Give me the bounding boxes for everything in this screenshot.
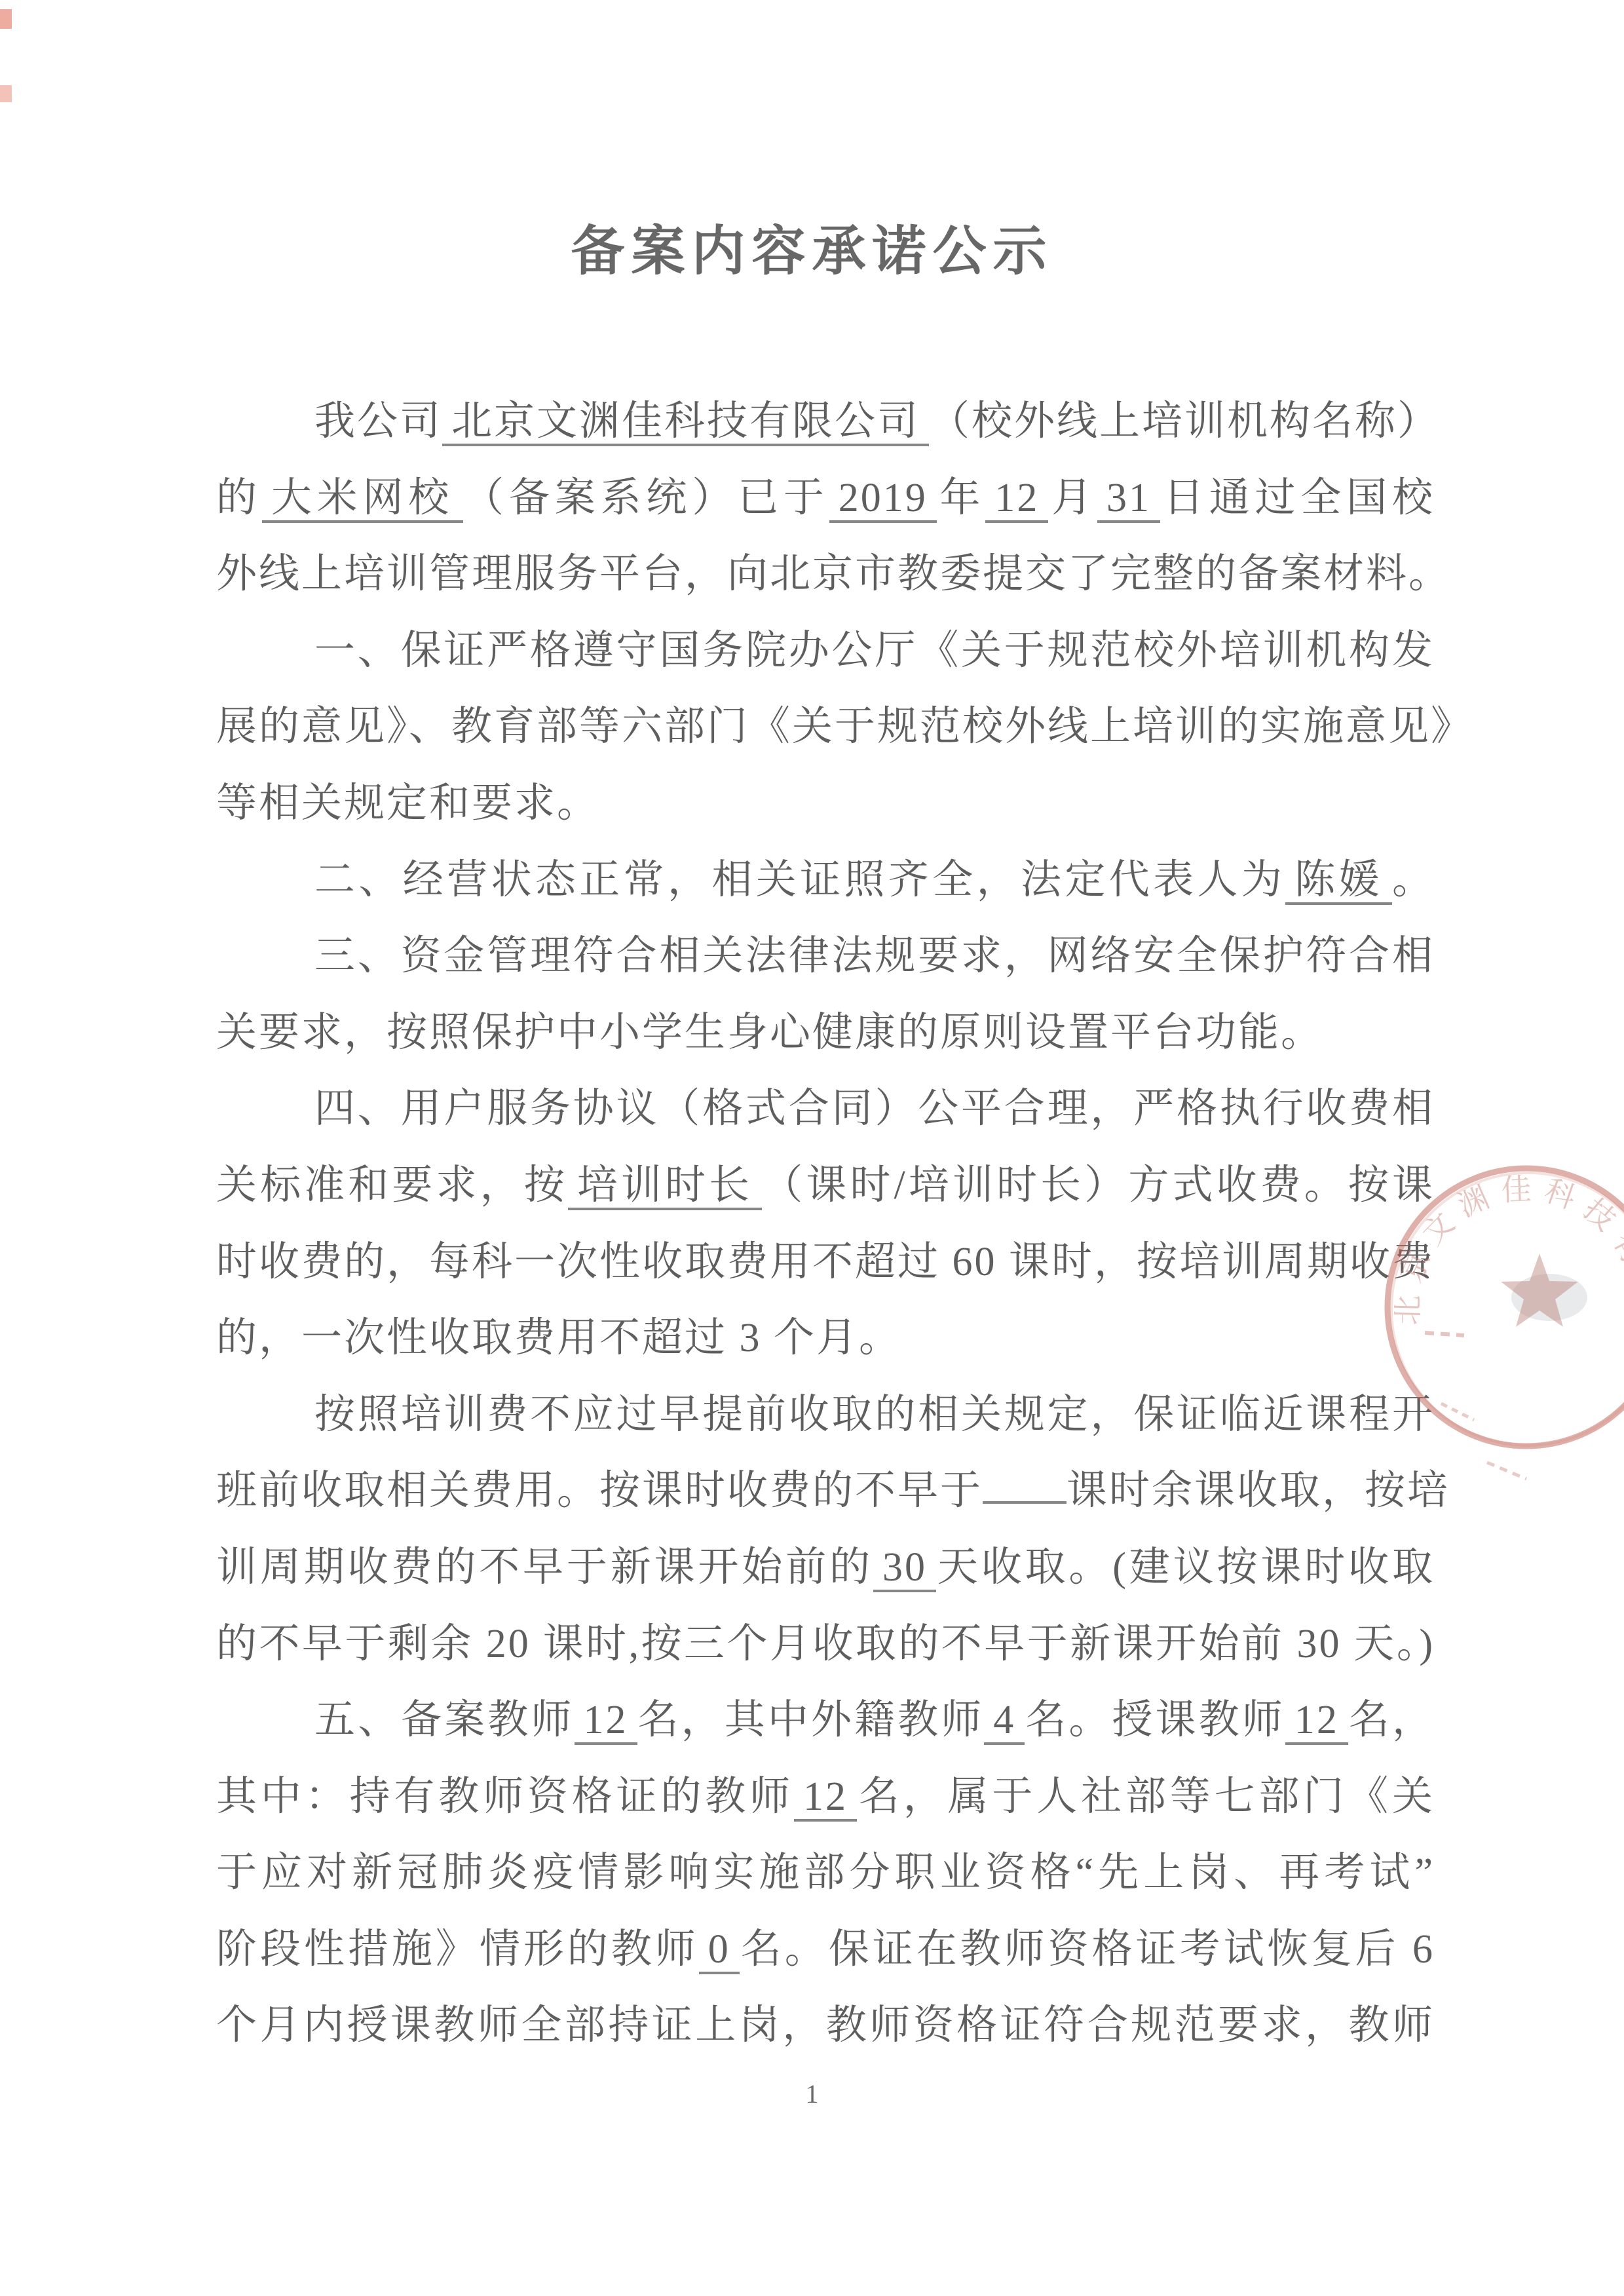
body-line: 等相关规定和要求。 xyxy=(216,765,1435,842)
text-segment: 的 xyxy=(216,476,262,520)
text-segment: 月 xyxy=(1048,476,1097,520)
text-segment: 于应对新冠肺炎疫情影响实施部分职业资格“先上岗、再考试” xyxy=(216,1850,1435,1895)
body-line: 五、备案教师12名，其中外籍教师4名。授课教师12名， xyxy=(216,1682,1435,1759)
filled-blank: 大米网校 xyxy=(262,476,463,523)
body-line: 外线上培训管理服务平台，向北京市教委提交了完整的备案材料。 xyxy=(216,536,1435,613)
body-line: 时收费的，每科一次性收取费用不超过 60 课时，按培训周期收费 xyxy=(216,1224,1435,1301)
seal-smudge xyxy=(1511,1274,1587,1321)
text-segment: 名。授课教师 xyxy=(1025,1698,1285,1742)
filled-blank: 0 xyxy=(699,1927,740,1974)
filled-blank: 北京文渊佳科技有限公司 xyxy=(442,399,929,446)
body-line: 展的意见》、教育部等六部门《关于规范校外线上培训的实施意见》 xyxy=(216,689,1435,765)
text-segment: 名，其中外籍教师 xyxy=(637,1698,985,1742)
body-line: 的不早于剩余 20 课时,按三个月收取的不早于新课开始前 30 天。) xyxy=(216,1606,1435,1683)
filled-blank: 31 xyxy=(1097,476,1160,523)
filled-blank: 陈媛 xyxy=(1285,858,1392,905)
filled-blank: 2019 xyxy=(829,476,937,523)
document-body: 我公司北京文渊佳科技有限公司（校外线上培训机构名称）的大米网校（备案系统）已于2… xyxy=(216,383,1435,2064)
filled-blank: 12 xyxy=(985,476,1048,523)
text-segment: 名， xyxy=(1348,1698,1435,1742)
body-line: 于应对新冠肺炎疫情影响实施部分职业资格“先上岗、再考试” xyxy=(216,1835,1435,1911)
text-segment: 个月内授课教师全部持证上岗，教师资格证符合规范要求，教师 xyxy=(216,2003,1435,2048)
document-page: 备案内容承诺公示 我公司北京文渊佳科技有限公司（校外线上培训机构名称）的大米网校… xyxy=(0,0,1624,2296)
text-segment: 五、备案教师 xyxy=(314,1698,575,1742)
text-segment: 一、保证严格遵守国务院办公厅《关于规范校外培训机构发 xyxy=(314,628,1435,673)
text-segment: 的不早于剩余 20 课时,按三个月收取的不早于新课开始前 30 天。) xyxy=(216,1622,1435,1666)
scan-artifact-mark xyxy=(0,9,12,29)
text-segment: 年 xyxy=(937,476,986,520)
text-segment: 训周期收费的不早于新课开始前的 xyxy=(216,1545,873,1590)
body-line: 我公司北京文渊佳科技有限公司（校外线上培训机构名称） xyxy=(216,383,1435,460)
seal-star-icon xyxy=(1501,1253,1578,1327)
filled-blank: 培训时长 xyxy=(568,1163,762,1210)
filled-blank: 4 xyxy=(984,1698,1025,1745)
text-segment: 天收取。(建议按课时收取 xyxy=(936,1545,1435,1590)
text-segment: 等相关规定和要求。 xyxy=(216,781,599,826)
body-line: 个月内授课教师全部持证上岗，教师资格证符合规范要求，教师 xyxy=(216,1987,1435,2064)
text-segment: 四、用户服务协议（格式合同）公平合理，严格执行收费相 xyxy=(314,1086,1435,1131)
body-line: 的，一次性收取费用不超过 3 个月。 xyxy=(216,1300,1435,1377)
filled-blank: 12 xyxy=(1285,1698,1348,1745)
text-segment: 名，属于人社部等七部门《关 xyxy=(857,1774,1435,1819)
text-segment: 。 xyxy=(1392,858,1435,902)
body-line: 按照培训费不应过早提前收取的相关规定，保证临近课程开 xyxy=(216,1377,1435,1453)
body-line: 班前收取相关费用。按课时收费的不早于课时余课收取，按培 xyxy=(216,1453,1435,1529)
text-segment: 其中：持有教师资格证的教师 xyxy=(216,1774,794,1819)
text-segment: 按照培训费不应过早提前收取的相关规定，保证临近课程开 xyxy=(314,1392,1435,1437)
body-line: 四、用户服务协议（格式合同）公平合理，严格执行收费相 xyxy=(216,1071,1435,1147)
scan-artifact-mark xyxy=(0,85,12,102)
empty-blank xyxy=(983,1463,1067,1504)
text-segment: 三、资金管理符合相关法律法规要求，网络安全保护符合相 xyxy=(314,934,1435,978)
text-segment: 课时余课收取，按培 xyxy=(1067,1468,1450,1513)
text-segment: （校外线上培训机构名称） xyxy=(929,399,1440,444)
text-segment: 关标准和要求，按 xyxy=(216,1163,568,1208)
text-segment: 我公司 xyxy=(314,399,442,444)
text-segment: 班前收取相关费用。按课时收费的不早于 xyxy=(216,1468,983,1513)
text-segment: 名。保证在教师资格证考试恢复后 6 xyxy=(740,1927,1435,1972)
text-segment: （课时/培训时长）方式收费。按课 xyxy=(762,1163,1435,1208)
text-segment: （备案系统）已于 xyxy=(463,476,829,520)
filled-blank: 12 xyxy=(575,1698,637,1745)
body-line: 关要求，按照保护中小学生身心健康的原则设置平台功能。 xyxy=(216,995,1435,1071)
text-segment: 展的意见》、教育部等六部门《关于规范校外线上培训的实施意见》 xyxy=(216,704,1473,749)
document-title: 备案内容承诺公示 xyxy=(0,208,1624,285)
text-segment: 时收费的，每科一次性收取费用不超过 60 课时，按培训周期收费 xyxy=(216,1240,1435,1284)
body-line: 关标准和要求，按培训时长（课时/培训时长）方式收费。按课 xyxy=(216,1147,1435,1224)
body-line: 三、资金管理符合相关法律法规要求，网络安全保护符合相 xyxy=(216,918,1435,995)
text-segment: 关要求，按照保护中小学生身心健康的原则设置平台功能。 xyxy=(216,1010,1323,1055)
body-line: 一、保证严格遵守国务院办公厅《关于规范校外培训机构发 xyxy=(216,613,1435,689)
text-segment: 外线上培训管理服务平台，向北京市教委提交了完整的备案材料。 xyxy=(216,552,1451,596)
text-segment: 日通过全国校 xyxy=(1160,476,1435,520)
body-line: 其中：持有教师资格证的教师12名，属于人社部等七部门《关 xyxy=(216,1759,1435,1835)
body-line: 的大米网校（备案系统）已于2019年12月31日通过全国校 xyxy=(216,460,1435,537)
text-segment: 阶段性措施》情形的教师 xyxy=(216,1927,699,1972)
body-line: 阶段性措施》情形的教师0名。保证在教师资格证考试恢复后 6 xyxy=(216,1911,1435,1988)
page-number: 1 xyxy=(0,2078,1624,2109)
filled-blank: 30 xyxy=(873,1545,936,1592)
text-segment: 的，一次性收取费用不超过 3 个月。 xyxy=(216,1316,901,1360)
body-line: 二、经营状态正常，相关证照齐全，法定代表人为陈媛。 xyxy=(216,842,1435,919)
body-line: 训周期收费的不早于新课开始前的30天收取。(建议按课时收取 xyxy=(216,1529,1435,1606)
text-segment: 二、经营状态正常，相关证照齐全，法定代表人为 xyxy=(314,858,1285,902)
filled-blank: 12 xyxy=(794,1774,857,1822)
